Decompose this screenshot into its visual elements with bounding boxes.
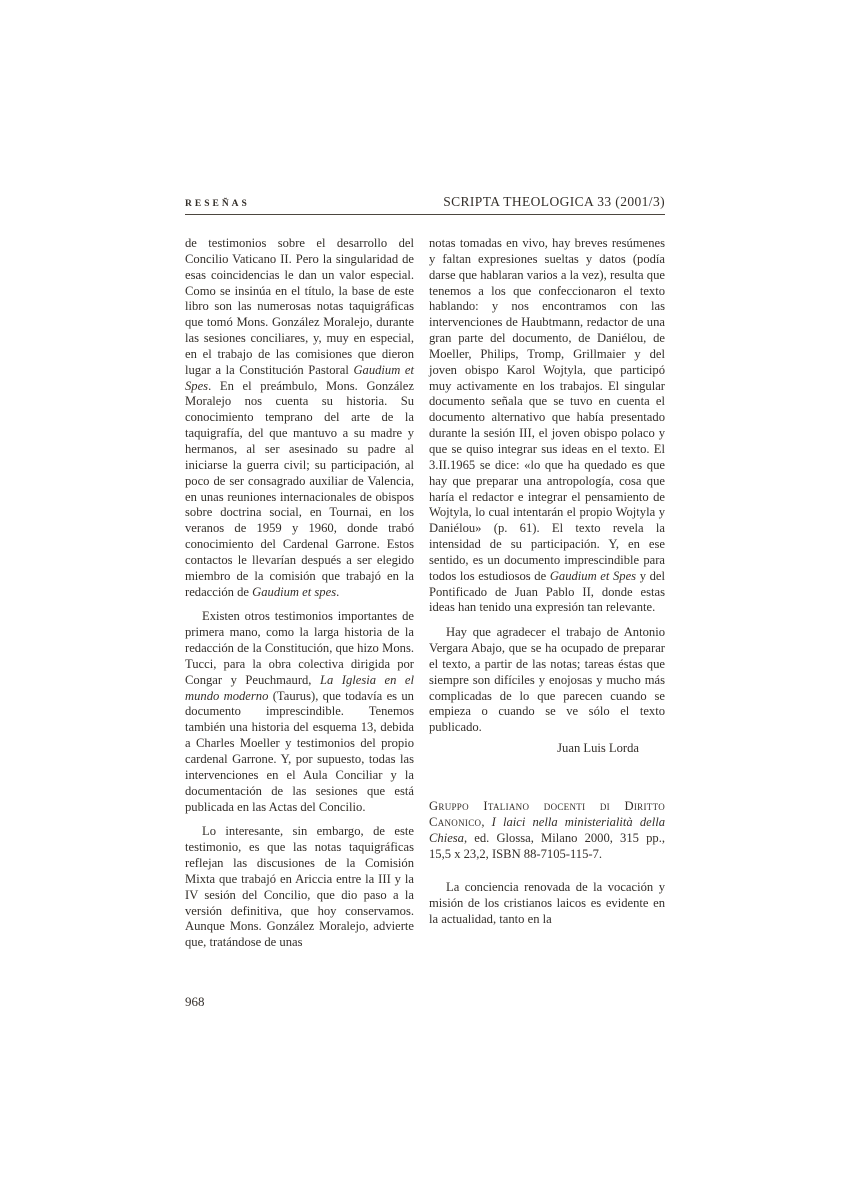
- review-body-paragraph: La conciencia renovada de la vocación y …: [429, 880, 665, 928]
- text-run: . En el preámbulo, Mons. González Morale…: [185, 379, 414, 599]
- text-run: notas tomadas en vivo, hay breves resúme…: [429, 236, 665, 583]
- journal-page: RESEÑAS SCRIPTA THEOLOGICA 33 (2001/3) d…: [0, 0, 848, 1200]
- page-number: 968: [185, 994, 205, 1010]
- review-citation-heading: Gruppo Italiano docenti di Diritto Canon…: [429, 799, 665, 862]
- text-run: Hay que agradecer el trabajo de Antonio …: [429, 625, 665, 734]
- review-body-paragraph: de testimonios sobre el desarrollo del C…: [185, 236, 414, 600]
- italic-text-run: Gaudium et Spes: [550, 569, 636, 583]
- text-run: de testimonios sobre el desarrollo del C…: [185, 236, 414, 377]
- text-run: La conciencia renovada de la vocación y …: [429, 880, 665, 926]
- left-text-column: de testimonios sobre el desarrollo del C…: [185, 236, 414, 951]
- text-run: .: [336, 585, 339, 599]
- running-head-section-label: RESEÑAS: [185, 199, 250, 209]
- text-run: ,: [481, 815, 491, 829]
- running-head-journal-reference: SCRIPTA THEOLOGICA 33 (2001/3): [443, 194, 665, 210]
- review-body-paragraph: Hay que agradecer el trabajo de Antonio …: [429, 625, 665, 736]
- text-run: , ed. Glossa, Milano 2000, 315 pp., 15,5…: [429, 831, 665, 861]
- review-body-paragraph: Lo interesante, sin embargo, de este tes…: [185, 824, 414, 951]
- two-column-text-block: de testimonios sobre el desarrollo del C…: [185, 236, 665, 951]
- review-body-paragraph: notas tomadas en vivo, hay breves resúme…: [429, 236, 665, 616]
- review-body-paragraph: Existen otros testimonios importantes de…: [185, 609, 414, 815]
- text-run: Lo interesante, sin embargo, de este tes…: [185, 824, 414, 949]
- text-run: (Taurus), que todavía es un documento im…: [185, 689, 414, 814]
- right-text-column: notas tomadas en vivo, hay breves resúme…: [429, 236, 665, 951]
- reviewer-signature: Juan Luis Lorda: [429, 741, 665, 757]
- running-header: RESEÑAS SCRIPTA THEOLOGICA 33 (2001/3): [185, 194, 665, 215]
- page-content-area: RESEÑAS SCRIPTA THEOLOGICA 33 (2001/3) d…: [185, 194, 665, 951]
- text-run: Juan Luis Lorda: [557, 741, 639, 755]
- italic-text-run: Gaudium et spes: [252, 585, 336, 599]
